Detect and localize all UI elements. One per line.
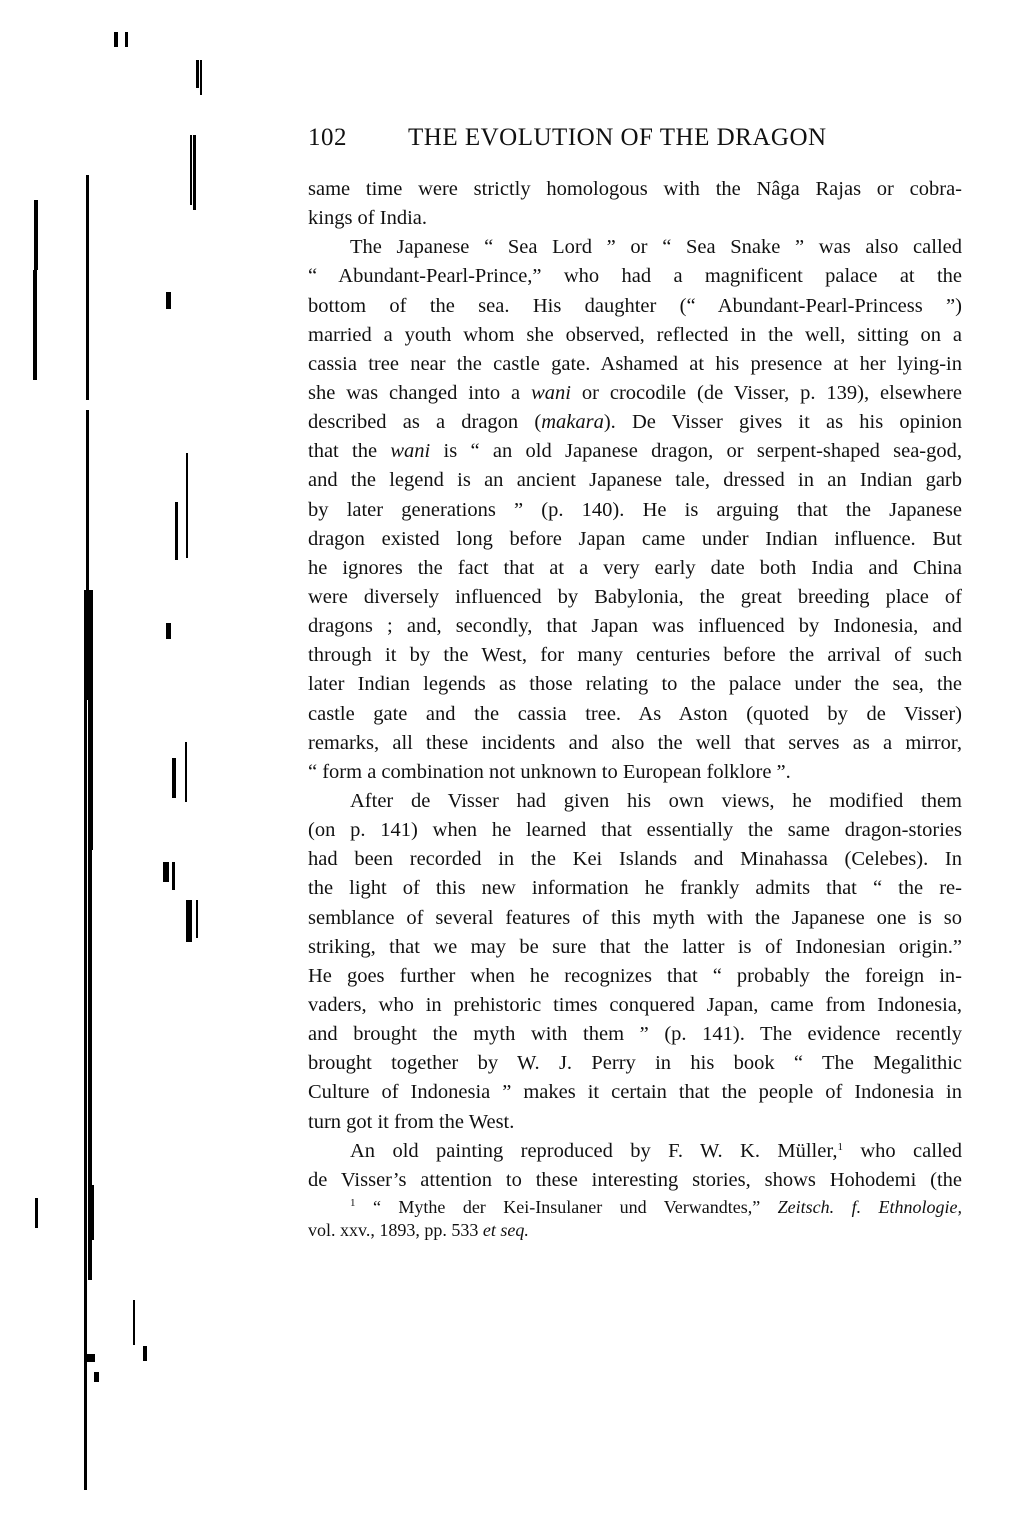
text-line: turn got it from the West. xyxy=(308,1108,962,1137)
text-line: semblance of several features of this my… xyxy=(308,904,962,933)
et-seq: et seq. xyxy=(483,1220,529,1240)
footnote-line: vol. xxv., 1893, pp. 533 et seq. xyxy=(308,1219,962,1242)
text-line: the light of this new information he fra… xyxy=(308,874,962,903)
text-line: through it by the West, for many centuri… xyxy=(308,641,962,670)
paragraph-start: An old painting reproduced by F. W. K. M… xyxy=(308,1137,962,1166)
text-line: later Indian legends as those relating t… xyxy=(308,670,962,699)
text-line: had been recorded in the Kei Islands and… xyxy=(308,845,962,874)
text-line: dragons ; and, secondly, that Japan was … xyxy=(308,612,962,641)
text-line: he ignores the fact that at a very early… xyxy=(308,554,962,583)
book-page: 102 THE EVOLUTION OF THE DRAGON same tim… xyxy=(0,0,1009,1520)
footnote-marker: 1 xyxy=(350,1197,356,1209)
footnote-reference[interactable]: 1 xyxy=(837,1141,843,1153)
text-line: bottom of the sea. His daughter (“ Abund… xyxy=(308,292,962,321)
running-header: 102 THE EVOLUTION OF THE DRAGON xyxy=(308,120,968,156)
text-line: Culture of Indonesia ” makes it certain … xyxy=(308,1078,962,1107)
text-line: and the legend is an ancient Japanese ta… xyxy=(308,466,962,495)
italic-term: makara xyxy=(541,411,604,433)
italic-term: wani xyxy=(390,440,430,462)
text-line: were diversely influenced by Babylonia, … xyxy=(308,583,962,612)
text-line: she was changed into a wani or crocodile… xyxy=(308,379,962,408)
running-title: THE EVOLUTION OF THE DRAGON xyxy=(408,124,827,152)
text-line: remarks, all these incidents and also th… xyxy=(308,729,962,758)
page-number: 102 xyxy=(308,124,347,152)
text-line: striking, that we may be sure that the l… xyxy=(308,933,962,962)
text-line: described as a dragon (makara). De Visse… xyxy=(308,408,962,437)
text-line: by later generations ” (p. 140). He is a… xyxy=(308,496,962,525)
text-line: same time were strictly homologous with … xyxy=(308,175,962,204)
paragraph-start: The Japanese “ Sea Lord ” or “ Sea Snake… xyxy=(308,233,962,262)
journal-title: Zeitsch. f. Ethnologie, xyxy=(778,1197,962,1217)
text-line: He goes further when he recognizes that … xyxy=(308,962,962,991)
text-line: cassia tree near the castle gate. Ashame… xyxy=(308,350,962,379)
body-text: same time were strictly homologous with … xyxy=(308,175,962,1195)
footnote-line: 1 “ Mythe der Kei-Insulaner und Verwandt… xyxy=(308,1196,962,1219)
text-line: “ form a combination not unknown to Euro… xyxy=(308,758,962,787)
italic-term: wani xyxy=(531,382,571,404)
text-line: dragon existed long before Japan came un… xyxy=(308,525,962,554)
text-line: vaders, who in prehistoric times conquer… xyxy=(308,991,962,1020)
text-line: that the wani is “ an old Japanese drago… xyxy=(308,437,962,466)
text-line: brought together by W. J. Perry in his b… xyxy=(308,1049,962,1078)
text-line: kings of India. xyxy=(308,204,962,233)
text-line: “ Abundant-Pearl-Prince,” who had a magn… xyxy=(308,262,962,291)
text-line: (on p. 141) when he learned that essenti… xyxy=(308,816,962,845)
text-line: castle gate and the cassia tree. As Asto… xyxy=(308,700,962,729)
paragraph-start: After de Visser had given his own views,… xyxy=(308,787,962,816)
footnote: 1 “ Mythe der Kei-Insulaner und Verwandt… xyxy=(308,1196,962,1242)
text-line: married a youth whom she observed, refle… xyxy=(308,321,962,350)
text-line: de Visser’s attention to these interesti… xyxy=(308,1166,962,1195)
text-line: and brought the myth with them ” (p. 141… xyxy=(308,1020,962,1049)
